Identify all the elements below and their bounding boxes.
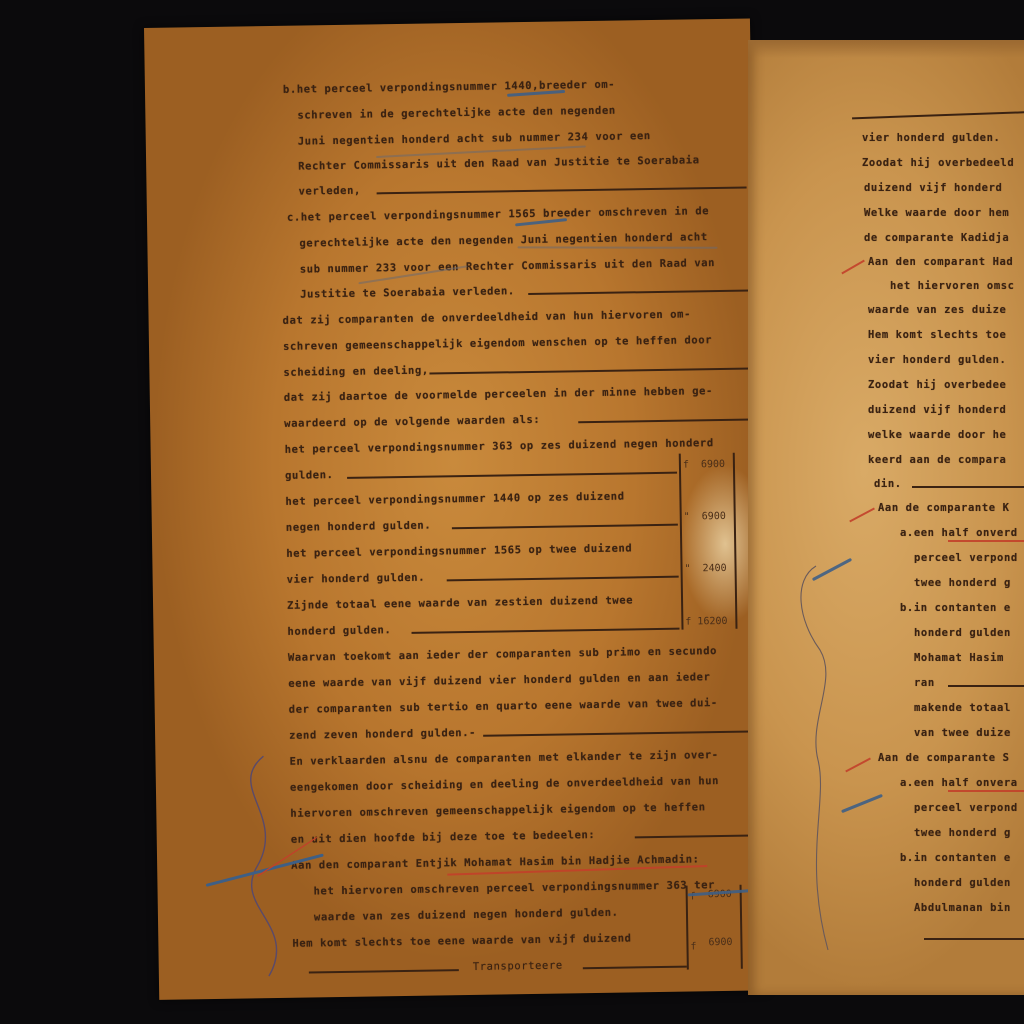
fill-rule bbox=[447, 576, 679, 581]
red-pencil-underline bbox=[948, 790, 1024, 792]
text-line: makende totaal bbox=[914, 702, 1011, 714]
text-line: sub nummer 233 voor een Rechter Commissa… bbox=[300, 257, 715, 276]
fill-rule bbox=[912, 486, 1024, 488]
fill-rule bbox=[852, 111, 1024, 119]
text-line: duizend vijf honderd bbox=[864, 182, 1002, 194]
amount-column-left-bar bbox=[686, 886, 689, 970]
text-line: van twee duize bbox=[914, 727, 1011, 739]
text-line: eene waarde van vijf duizend vier honder… bbox=[288, 671, 710, 690]
text-line: en uit dien hoofde bij deze toe te bedee… bbox=[291, 829, 596, 846]
text-line: hiervoren omschreven gemeenschappelijk e… bbox=[290, 801, 705, 820]
amount-column-left-bar bbox=[679, 454, 683, 630]
fill-rule bbox=[412, 628, 680, 634]
text-line: eengekomen door scheiding en deeling de … bbox=[290, 775, 719, 794]
text-line: Hem komt slechts toe bbox=[868, 329, 1006, 341]
text-line: b.in contanten e bbox=[900, 852, 1011, 864]
fill-rule bbox=[377, 187, 747, 194]
amount-value: 6900 bbox=[702, 511, 726, 522]
text-line: b.het perceel verpondingsnummer 1440,bre… bbox=[283, 79, 615, 96]
amount-value: 6900 bbox=[708, 937, 732, 948]
red-pencil-tick bbox=[845, 758, 870, 773]
margin-squiggle-mark bbox=[788, 560, 848, 960]
text-line: honderd gulden. bbox=[287, 624, 391, 638]
text-line: Hem komt slechts toe eene waarde van vij… bbox=[292, 932, 631, 949]
text-line: vier honderd gulden. bbox=[862, 132, 1000, 144]
text-line: Mohamat Hasim bbox=[914, 652, 1004, 664]
fill-rule bbox=[483, 730, 759, 736]
fill-rule bbox=[635, 834, 761, 838]
text-line: Justitie te Soerabaia verleden. bbox=[300, 285, 515, 300]
text-line: honderd gulden bbox=[914, 627, 1011, 639]
amount-prefix: " bbox=[684, 511, 690, 522]
text-line: Abdulmanan bin bbox=[914, 902, 1011, 914]
page-fold-shadow bbox=[748, 40, 1024, 58]
text-line: b.in contanten e bbox=[900, 602, 1011, 614]
text-line: Rechter Commissaris uit den Raad van Jus… bbox=[298, 154, 700, 172]
text-line: schreven in de gerechtelijke acte den ne… bbox=[297, 105, 616, 122]
fill-rule bbox=[452, 524, 678, 529]
amount-prefix: f bbox=[690, 941, 696, 952]
amount-value: 2400 bbox=[702, 563, 726, 574]
text-line: twee honderd g bbox=[914, 577, 1011, 589]
text-line: zend zeven honderd gulden.- bbox=[289, 727, 476, 742]
red-pencil-underline bbox=[948, 540, 1024, 542]
text-line: keerd aan de compara bbox=[868, 454, 1006, 466]
text-line: Zijnde totaal eene waarde van zestien du… bbox=[287, 594, 633, 611]
fill-rule bbox=[429, 368, 751, 375]
text-line: dat zij daartoe de voormelde perceelen i… bbox=[284, 385, 713, 404]
fill-rule bbox=[948, 685, 1024, 687]
fill-rule bbox=[309, 969, 459, 973]
text-line: Aan de comparante S bbox=[878, 752, 1010, 764]
text-line: vier honderd gulden. bbox=[868, 354, 1006, 366]
text-line: perceel verpond bbox=[914, 552, 1018, 564]
text-line: c.het perceel verpondingsnummer 1565 bre… bbox=[287, 205, 709, 224]
text-line: gulden. bbox=[285, 469, 334, 482]
amount-column-right-bar bbox=[733, 453, 737, 629]
amount-prefix: f bbox=[683, 459, 689, 470]
text-line: twee honderd g bbox=[914, 827, 1011, 839]
text-line: Juni negentien honderd acht sub nummer 2… bbox=[298, 130, 651, 148]
text-line: de comparante Kadidja bbox=[864, 232, 1009, 244]
text-line: Aan den comparant Had bbox=[868, 256, 1013, 268]
fill-rule bbox=[528, 290, 750, 295]
amount-column-right-bar bbox=[740, 885, 743, 969]
red-pencil-tick bbox=[849, 508, 874, 523]
text-line: verleden, bbox=[298, 185, 360, 198]
text-line: waarde van zes duize bbox=[868, 304, 1006, 316]
amount-value: 6900 bbox=[701, 459, 725, 470]
text-line: Welke waarde door hem bbox=[864, 207, 1009, 219]
text-line: Zoodat hij overbedeeld bbox=[862, 157, 1014, 169]
text-line: negen honderd gulden. bbox=[286, 520, 432, 534]
text-line: waarde van zes duizend negen honderd gul… bbox=[314, 907, 619, 924]
text-line: Aan de comparante K bbox=[878, 502, 1010, 514]
text-line: schreven gemeenschappelijk eigendom wens… bbox=[283, 334, 712, 353]
text-line: dat zij comparanten de onverdeeldheid va… bbox=[283, 308, 692, 326]
text-line: honderd gulden bbox=[914, 877, 1011, 889]
text-line: a.een half onverd bbox=[900, 527, 1018, 539]
left-page: b.het perceel verpondingsnummer 1440,bre… bbox=[144, 18, 765, 999]
amount-prefix: f bbox=[685, 616, 691, 627]
text-line: duizend vijf honderd bbox=[868, 404, 1006, 416]
fill-rule bbox=[347, 472, 677, 479]
text-line: welke waarde door he bbox=[868, 429, 1006, 441]
text-line: het perceel verpondingsnummer 1440 op ze… bbox=[285, 491, 624, 508]
fill-rule bbox=[578, 418, 752, 422]
amount-total: 16200 bbox=[697, 616, 727, 627]
text-line: scheiding en deeling, bbox=[283, 365, 429, 379]
text-line: a.een half onvera bbox=[900, 777, 1018, 789]
text-line: het perceel verpondingsnummer 363 op zes… bbox=[285, 437, 714, 456]
fill-rule bbox=[924, 938, 1024, 940]
red-pencil-tick bbox=[841, 260, 864, 274]
margin-squiggle-mark bbox=[195, 755, 329, 987]
text-line: ran bbox=[914, 677, 935, 689]
grey-pencil-line bbox=[518, 246, 718, 248]
amount-prefix: " bbox=[684, 563, 690, 574]
text-line: Waarvan toekomt aan ieder der comparante… bbox=[288, 645, 717, 664]
fill-rule bbox=[583, 966, 687, 969]
text-line: perceel verpond bbox=[914, 802, 1018, 814]
text-line: din. bbox=[874, 478, 902, 490]
text-line: het perceel verpondingsnummer 1565 op tw… bbox=[286, 542, 632, 559]
text-line: het hiervoren omsc bbox=[890, 280, 1015, 292]
text-line: waardeerd op de volgende waarden als: bbox=[284, 414, 540, 430]
text-line: Aan den comparant Entjik Mohamat Hasim b… bbox=[291, 853, 700, 871]
text-line: Zoodat hij overbedee bbox=[868, 379, 1006, 391]
text-line: vier honderd gulden. bbox=[287, 572, 426, 586]
text-line: het hiervoren omschreven perceel verpond… bbox=[313, 879, 715, 897]
right-page: vier honderd gulden. Zoodat hij overbede… bbox=[748, 40, 1024, 995]
transport-label: Transporteere bbox=[473, 960, 563, 973]
text-line: En verklaarden alsnu de comparanten met … bbox=[289, 749, 718, 768]
text-line: der comparanten sub tertio en quarto een… bbox=[289, 697, 718, 716]
